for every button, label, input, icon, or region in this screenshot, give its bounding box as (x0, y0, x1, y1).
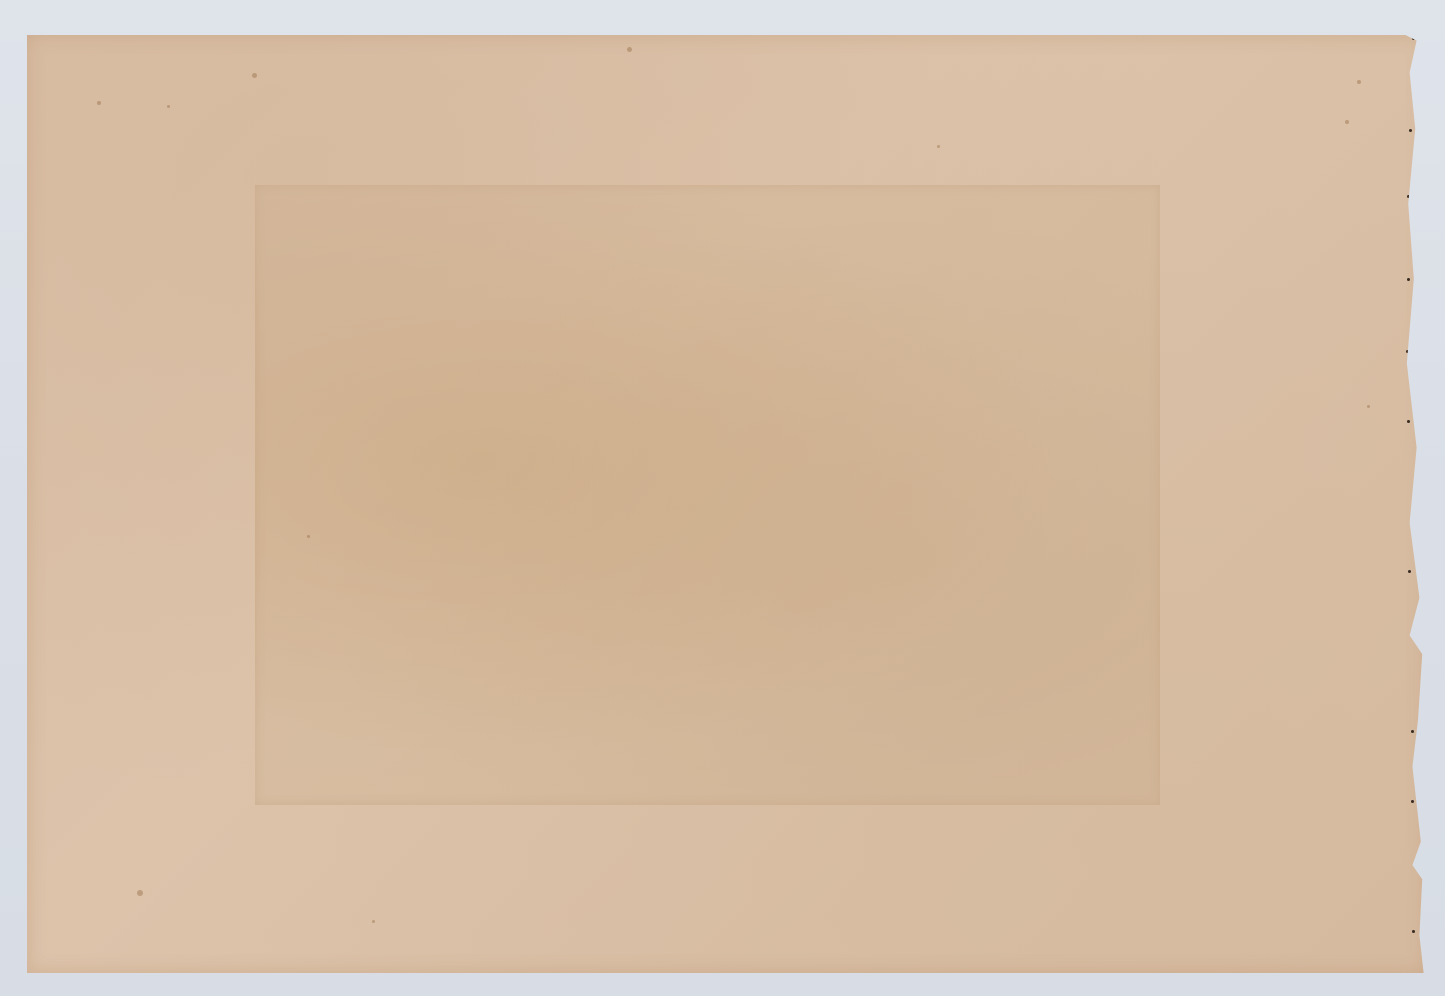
foxing-spot (937, 145, 940, 148)
pinhole (1406, 350, 1409, 353)
foxing-spot (167, 105, 170, 108)
foxing-spot (137, 890, 143, 896)
pinhole (1411, 730, 1414, 733)
foxing-spot (627, 47, 632, 52)
foxing-spot (1357, 80, 1361, 84)
pinhole (1412, 930, 1415, 933)
pinhole (1408, 570, 1411, 573)
pinhole (1407, 420, 1410, 423)
foxing-spot (307, 535, 310, 538)
paper-sheet (27, 35, 1425, 973)
photo-scene (0, 0, 1445, 996)
foxing-spot (97, 101, 101, 105)
foxing-spot (372, 920, 375, 923)
pinhole (1412, 37, 1415, 40)
foxing-spot (252, 73, 257, 78)
pinhole (1411, 800, 1414, 803)
plate-mark-shadow (255, 185, 1160, 805)
pinhole (1409, 129, 1412, 132)
foxing-spot (1367, 405, 1370, 408)
pinhole (1411, 79, 1414, 82)
pinhole (1407, 278, 1410, 281)
pinhole (1407, 195, 1410, 198)
foxing-spot (1345, 120, 1349, 124)
